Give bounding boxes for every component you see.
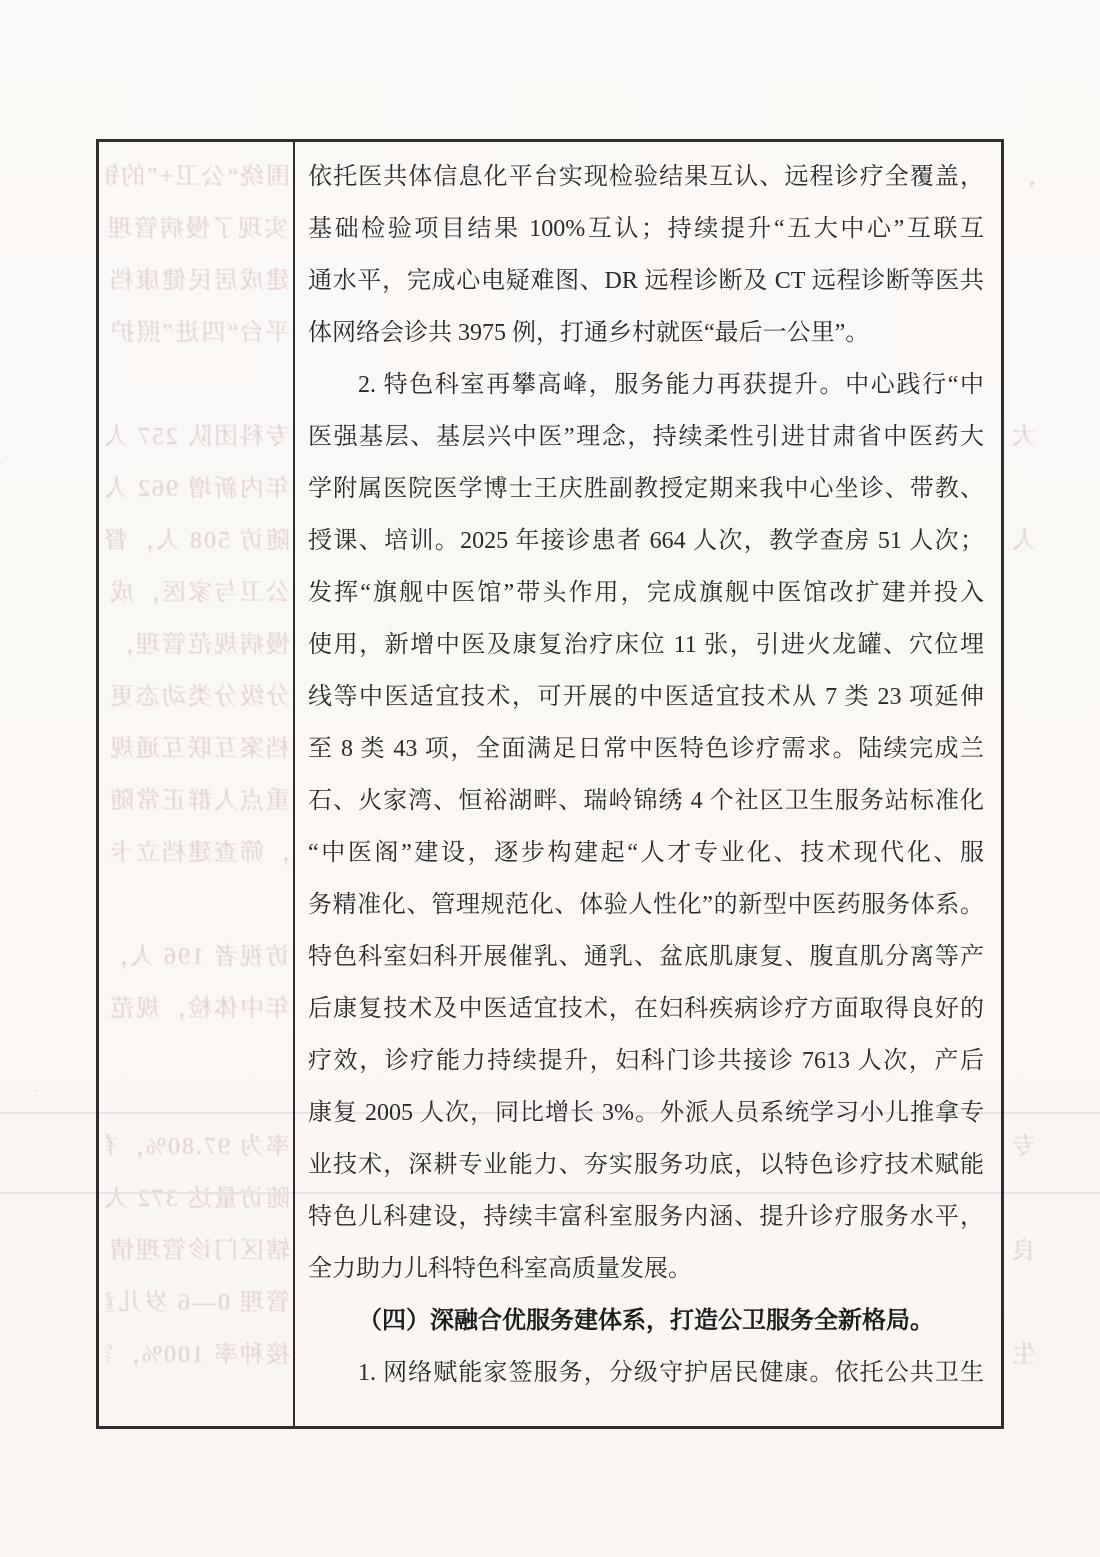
text-line: 2. 特色科室再攀高峰，服务能力再获提升。中心践行“中: [308, 359, 984, 411]
text-line: 特色儿科建设，持续丰富科室服务内涵、提升诊疗服务水平，: [308, 1191, 984, 1243]
text-line: 业技术，深耕专业能力、夯实服务功底，以特色诊疗技术赋能: [308, 1139, 984, 1191]
text-line: 依托医共体信息化平台实现检验结果互认、远程诊疗全覆盖，: [308, 151, 984, 203]
table-text-cell: 依托医共体信息化平台实现检验结果互认、远程诊疗全覆盖，基础检验项目结果 100%…: [295, 142, 1001, 1426]
text-line: 石、火家湾、恒裕湖畔、瑞岭锦绣 4 个社区卫生服务站标准化: [308, 775, 984, 827]
text-line: 务精准化、管理规范化、体验人性化”的新型中医药服务体系。: [308, 879, 984, 931]
text-line: 后康复技术及中医适宜技术，在妇科疾病诊疗方面取得良好的: [308, 983, 984, 1035]
text-line: 医强基层、基层兴中医”理念，持续柔性引进甘肃省中医药大: [308, 411, 984, 463]
text-line: 通水平，完成心电疑难图、DR 远程诊断及 CT 远程诊断等医共: [308, 255, 984, 307]
text-line: 特色科室妇科开展催乳、通乳、盆底肌康复、腹直肌分离等产: [308, 931, 984, 983]
text-line: 至 8 类 43 项，全面满足日常中医特色诊疗需求。陆续完成兰: [308, 723, 984, 775]
section-heading: （四）深融合优服务建体系，打造公卫服务全新格局。: [308, 1295, 984, 1347]
text-line: 康复 2005 人次，同比增长 3%。外派人员系统学习小儿推拿专: [308, 1087, 984, 1139]
text-line: 体网络会诊共 3975 例，打通乡村就医“最后一公里”。: [308, 307, 984, 359]
text-line: 授课、培训。2025 年接诊患者 664 人次，教学查房 51 人次；: [308, 515, 984, 567]
text-line: 学附属医院医学博士王庆胜副教授定期来我中心坐诊、带教、: [308, 463, 984, 515]
text-line: 发挥“旗舰中医馆”带头作用，完成旗舰中医馆改扩建并投入: [308, 567, 984, 619]
text-line: 线等中医适宜技术，可开展的中医适宜技术从 7 类 23 项延伸: [308, 671, 984, 723]
text-line: 疗效，诊疗能力持续提升，妇科门诊共接诊 7613 人次，产后: [308, 1035, 984, 1087]
text-line: 基础检验项目结果 100%互认；持续提升“五大中心”互联互: [308, 203, 984, 255]
scanned-document-page: 围绕“公卫+”的镇实现了慢病管理建成居民健康档案平台“四进”照护，专科团队 25…: [0, 0, 1100, 1557]
text-line: 1. 网络赋能家签服务，分级守护居民健康。依托公共卫生: [308, 1347, 984, 1399]
text-line: “中医阁”建设，逐步构建起“人才专业化、技术现代化、服: [308, 827, 984, 879]
report-table: 依托医共体信息化平台实现检验结果互认、远程诊疗全覆盖，基础检验项目结果 100%…: [96, 139, 1004, 1429]
text-line: 使用，新增中医及康复治疗床位 11 张，引进火龙罐、穴位埋: [308, 619, 984, 671]
text-line: 全力助力儿科特色科室高质量发展。: [308, 1243, 984, 1295]
table-left-column-cell: [99, 142, 295, 1426]
